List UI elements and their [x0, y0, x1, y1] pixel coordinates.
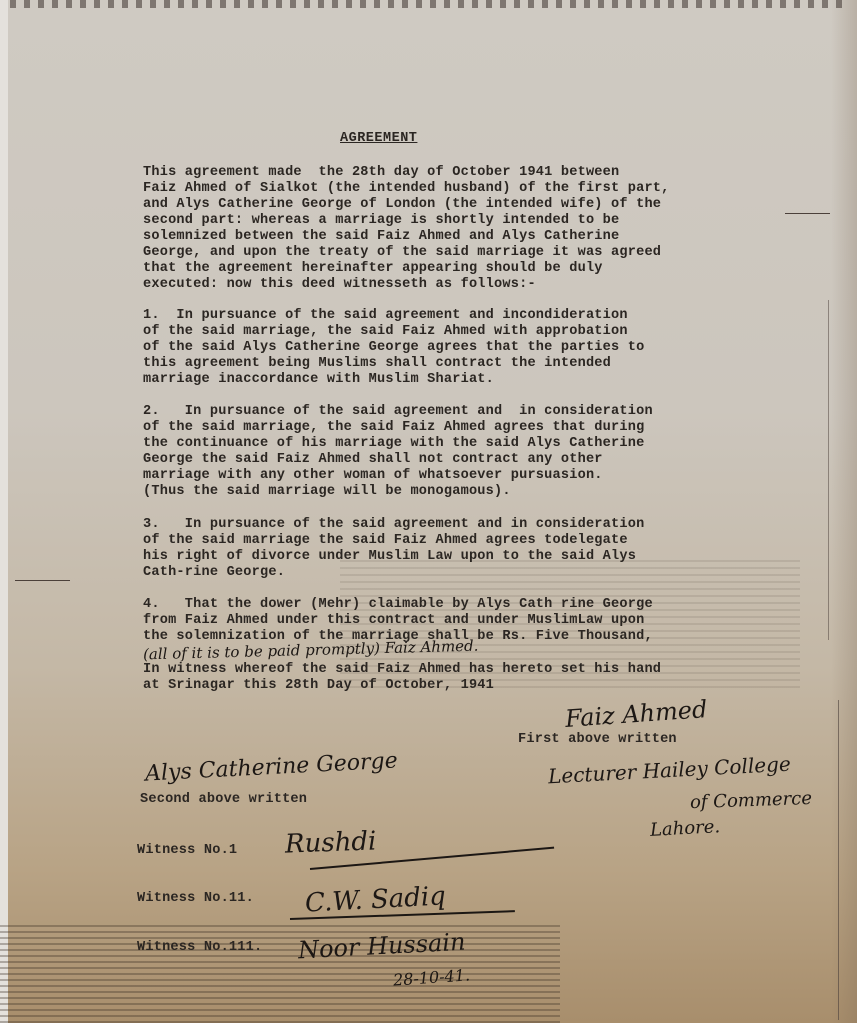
- document-title: AGREEMENT: [340, 131, 417, 146]
- preamble-line: second part: whereas a marriage is short…: [143, 213, 619, 230]
- clause-line: of the said Alys Catherine George agrees…: [143, 340, 644, 357]
- clause-line: the continuance of his marriage with the…: [143, 436, 644, 453]
- clause-line: 1. In pursuance of the said agreement an…: [143, 308, 628, 325]
- margin-mark: [828, 300, 829, 640]
- margin-mark: [838, 700, 839, 1020]
- preamble-line: George, and upon the treaty of the said …: [143, 245, 661, 262]
- clause-line: (Thus the said marriage will be monogamo…: [143, 484, 511, 501]
- clause-line: marriage with any other woman of whatsoe…: [143, 468, 603, 485]
- preamble-line: executed: now this deed witnesseth as fo…: [143, 277, 536, 294]
- first-party-designation: Lahore.: [649, 816, 720, 841]
- clause-line: marriage inaccordance with Muslim Sharia…: [143, 372, 494, 389]
- margin-mark: [785, 213, 830, 214]
- clause-line: this agreement being Muslims shall contr…: [143, 356, 611, 373]
- ink-bleed-top: [10, 0, 850, 8]
- clause-line: his right of divorce under Muslim Law up…: [143, 549, 636, 566]
- witness-label: Witness No.11.: [137, 891, 254, 908]
- clause-line: of the said marriage, the said Faiz Ahme…: [143, 324, 628, 341]
- clause-line: from Faiz Ahmed under this contract and …: [143, 613, 644, 630]
- preamble-line: that the agreement hereinafter appearing…: [143, 261, 603, 278]
- clause-line: of the said marriage the said Faiz Ahmed…: [143, 533, 628, 550]
- first-party-label: First above written: [518, 732, 677, 749]
- clause-line: George the said Faiz Ahmed shall not con…: [143, 452, 603, 469]
- closing-line: In witness whereof the said Faiz Ahmed h…: [143, 662, 661, 679]
- clause-line: 3. In pursuance of the said agreement an…: [143, 517, 644, 534]
- witness-label: Witness No.1: [137, 843, 237, 860]
- second-party-label: Second above written: [140, 792, 307, 809]
- clause-line: 4. That the dower (Mehr) claimable by Al…: [143, 597, 653, 614]
- witness-label: Witness No.111.: [137, 940, 262, 957]
- first-party-designation: of Commerce: [690, 788, 813, 813]
- page-edge-left: [0, 0, 8, 1023]
- clause-line: of the said marriage, the said Faiz Ahme…: [143, 420, 644, 437]
- clause-line: 2. In pursuance of the said agreement an…: [143, 404, 653, 421]
- ink-bleed-bottom: [0, 925, 560, 1023]
- preamble-line: solemnized between the said Faiz Ahmed a…: [143, 229, 619, 246]
- first-party-designation: Lecturer Hailey College: [548, 752, 792, 789]
- closing-line: at Srinagar this 28th Day of October, 19…: [143, 678, 494, 695]
- second-party-signature: Alys Catherine George: [145, 748, 399, 786]
- preamble-line: and Alys Catherine George of London (the…: [143, 197, 661, 214]
- preamble-line: This agreement made the 28th day of Octo…: [143, 165, 619, 182]
- witness-signature: Rushdi: [285, 826, 377, 859]
- margin-mark: [15, 580, 70, 581]
- first-party-signature: Faiz Ahmed: [564, 695, 708, 733]
- preamble-line: Faiz Ahmed of Sialkot (the intended husb…: [143, 181, 670, 198]
- clause-line: Cath-rine George.: [143, 565, 285, 582]
- page-edge-right: [831, 0, 857, 1023]
